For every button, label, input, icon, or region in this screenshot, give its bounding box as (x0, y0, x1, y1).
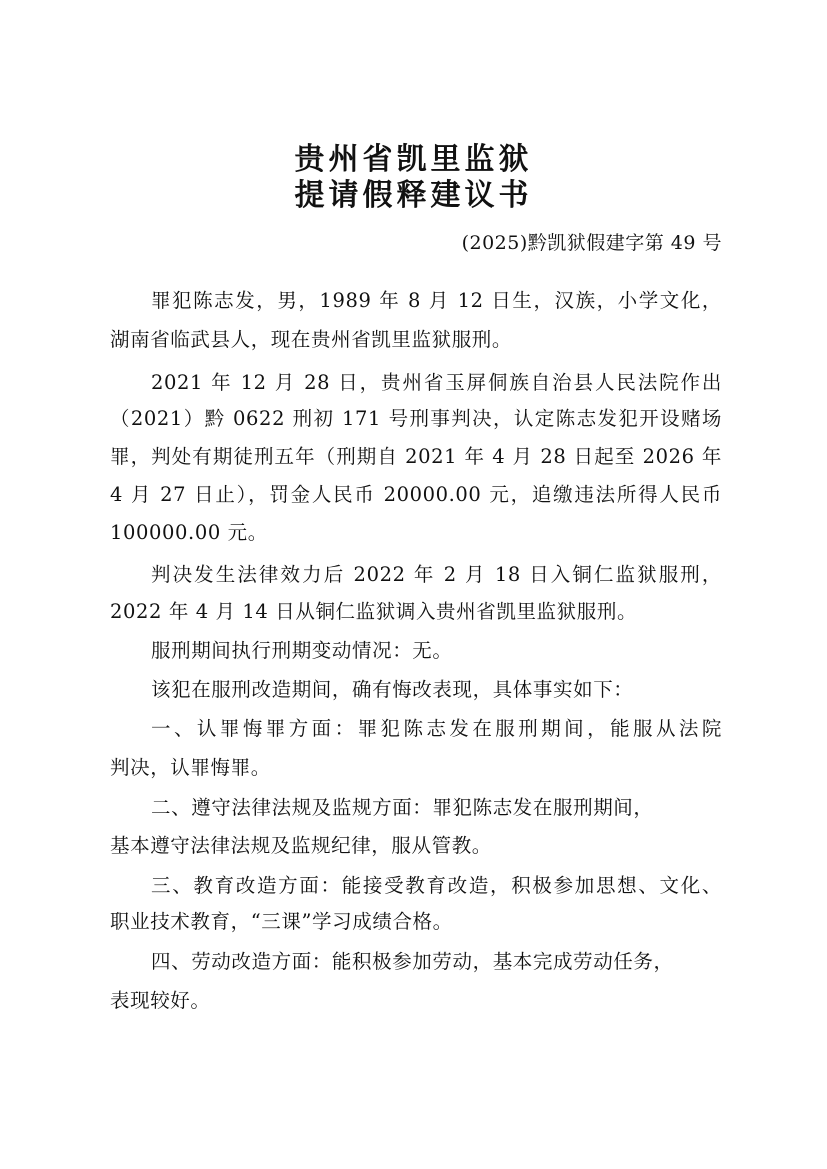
title-institution: 贵州省凯里监狱 (0, 142, 827, 178)
body-line-12: 一、认罪悔罪方面：罪犯陈志发在服刑期间，能服从法院 (151, 716, 722, 742)
body-line-8: 判决发生法律效力后 2022 年 2 月 18 日入铜仁监狱服刑， (151, 562, 722, 588)
body-line-5: 罪，判处有期徒刑五年（刑期自 2021 年 4 月 28 日起至 2026 年 (110, 444, 722, 470)
body-line-9: 2022 年 4 月 14 日从铜仁监狱调入贵州省凯里监狱服刑。 (110, 599, 722, 625)
body-line-4: （2021）黔 0622 刑初 171 号刑事判决，认定陈志发犯开设赌场 (110, 406, 722, 432)
body-line-6: 4 月 27 日止），罚金人民币 20000.00 元，追缴违法所得人民币 (110, 482, 722, 508)
body-line-17: 职业技术教育，“三课”学习成绩合格。 (110, 909, 722, 935)
body-line-16: 三、教育改造方面：能接受教育改造，积极参加思想、文化、 (151, 873, 722, 899)
body-line-14: 二、遵守法律法规及监规方面：罪犯陈志发在服刑期间， (151, 795, 722, 821)
body-line-11: 该犯在服刑改造期间，确有悔改表现，具体事实如下： (151, 677, 722, 703)
body-line-18: 四、劳动改造方面：能积极参加劳动，基本完成劳动任务， (151, 949, 722, 975)
body-line-1: 罪犯陈志发，男，1989 年 8 月 12 日生，汉族，小学文化， (151, 288, 722, 314)
body-line-7: 100000.00 元。 (110, 520, 722, 546)
body-line-19: 表现较好。 (110, 988, 722, 1014)
body-line-15: 基本遵守法律法规及监规纪律，服从管教。 (110, 833, 722, 859)
document-page: 贵州省凯里监狱 提请假释建议书 (2025)黔凯狱假建字第 49 号 罪犯陈志发… (0, 0, 827, 1169)
title-document-type: 提请假释建议书 (0, 178, 827, 214)
body-line-2: 湖南省临武县人，现在贵州省凯里监狱服刑。 (110, 327, 722, 353)
body-line-13: 判决，认罪悔罪。 (110, 755, 722, 781)
document-number: (2025)黔凯狱假建字第 49 号 (462, 230, 722, 256)
body-line-3: 2021 年 12 月 28 日，贵州省玉屏侗族自治县人民法院作出 (151, 370, 722, 396)
body-line-10: 服刑期间执行刑期变动情况：无。 (151, 638, 722, 664)
